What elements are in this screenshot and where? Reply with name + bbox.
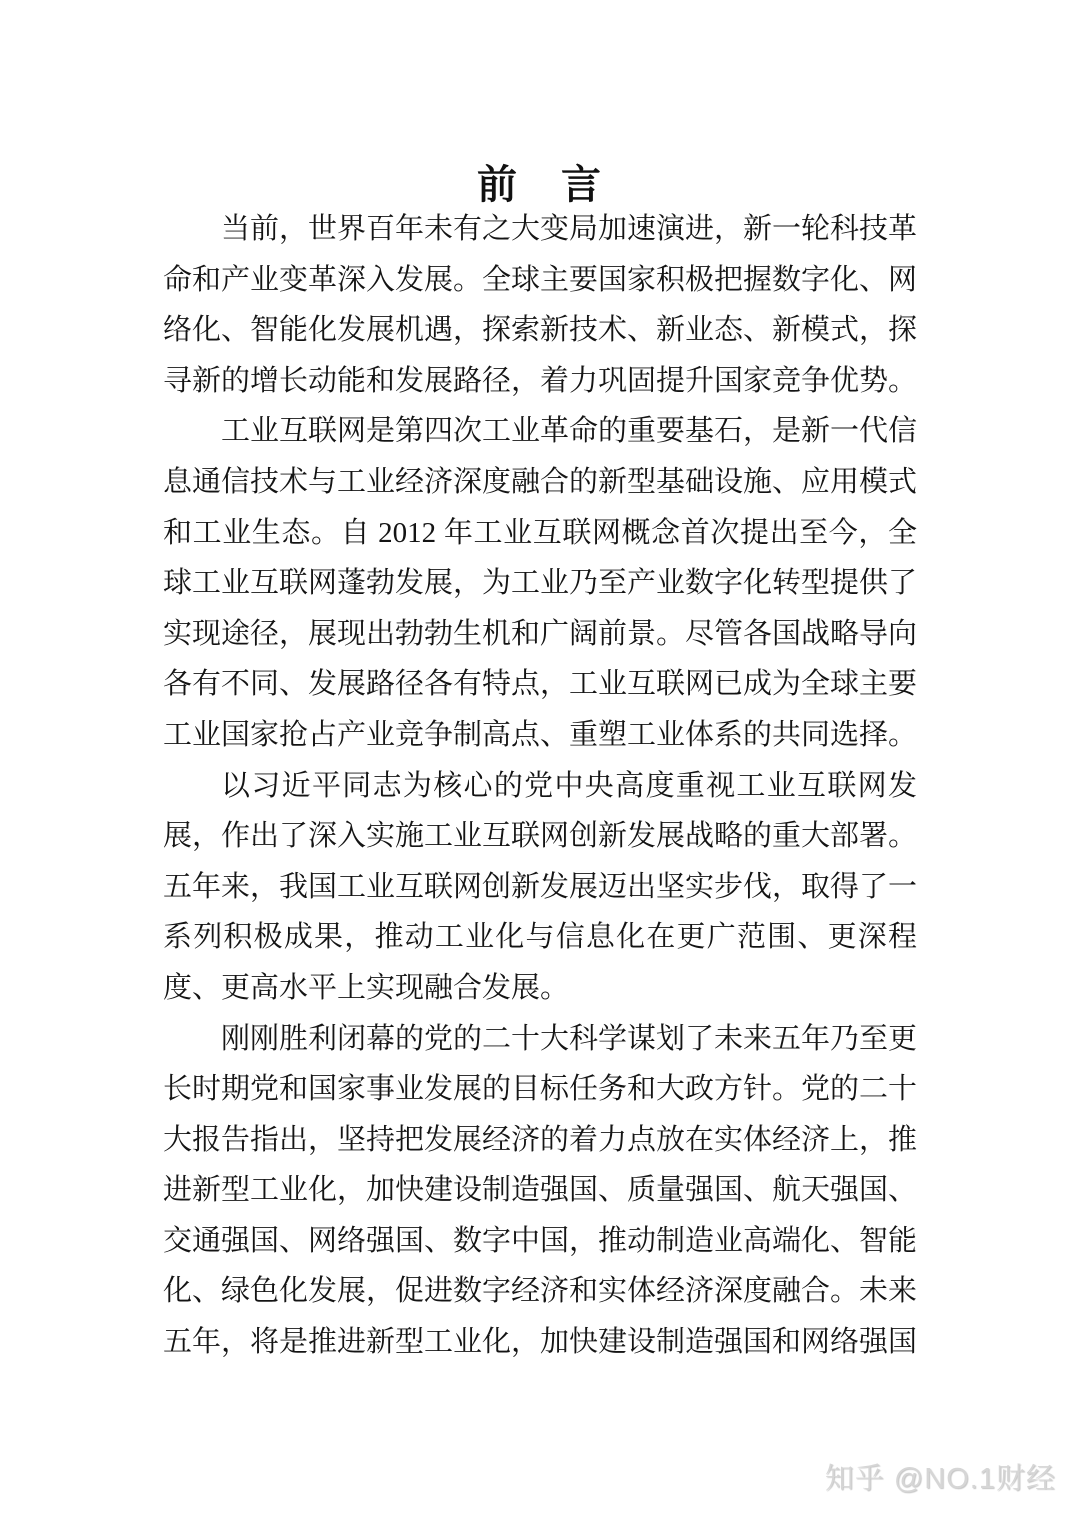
page-title: 前 言 (0, 165, 1080, 205)
paragraph: 当前，世界百年未有之大变局加速演进，新一轮科技革命和产业变革深入发展。全球主要国… (163, 204, 917, 406)
paragraph: 刚刚胜利闭幕的党的二十大科学谋划了未来五年乃至更长时期党和国家事业发展的目标任务… (163, 1014, 917, 1368)
document-page: 前 言 当前，世界百年未有之大变局加速演进，新一轮科技革命和产业变革深入发展。全… (0, 0, 1080, 1527)
watermark: 知乎 @NO.1财经 (825, 1462, 1056, 1496)
document-body: 当前，世界百年未有之大变局加速演进，新一轮科技革命和产业变革深入发展。全球主要国… (163, 204, 917, 1368)
paragraph: 以习近平同志为核心的党中央高度重视工业互联网发展，作出了深入实施工业互联网创新发… (163, 761, 917, 1014)
paragraph: 工业互联网是第四次工业革命的重要基石，是新一代信息通信技术与工业经济深度融合的新… (163, 406, 917, 760)
